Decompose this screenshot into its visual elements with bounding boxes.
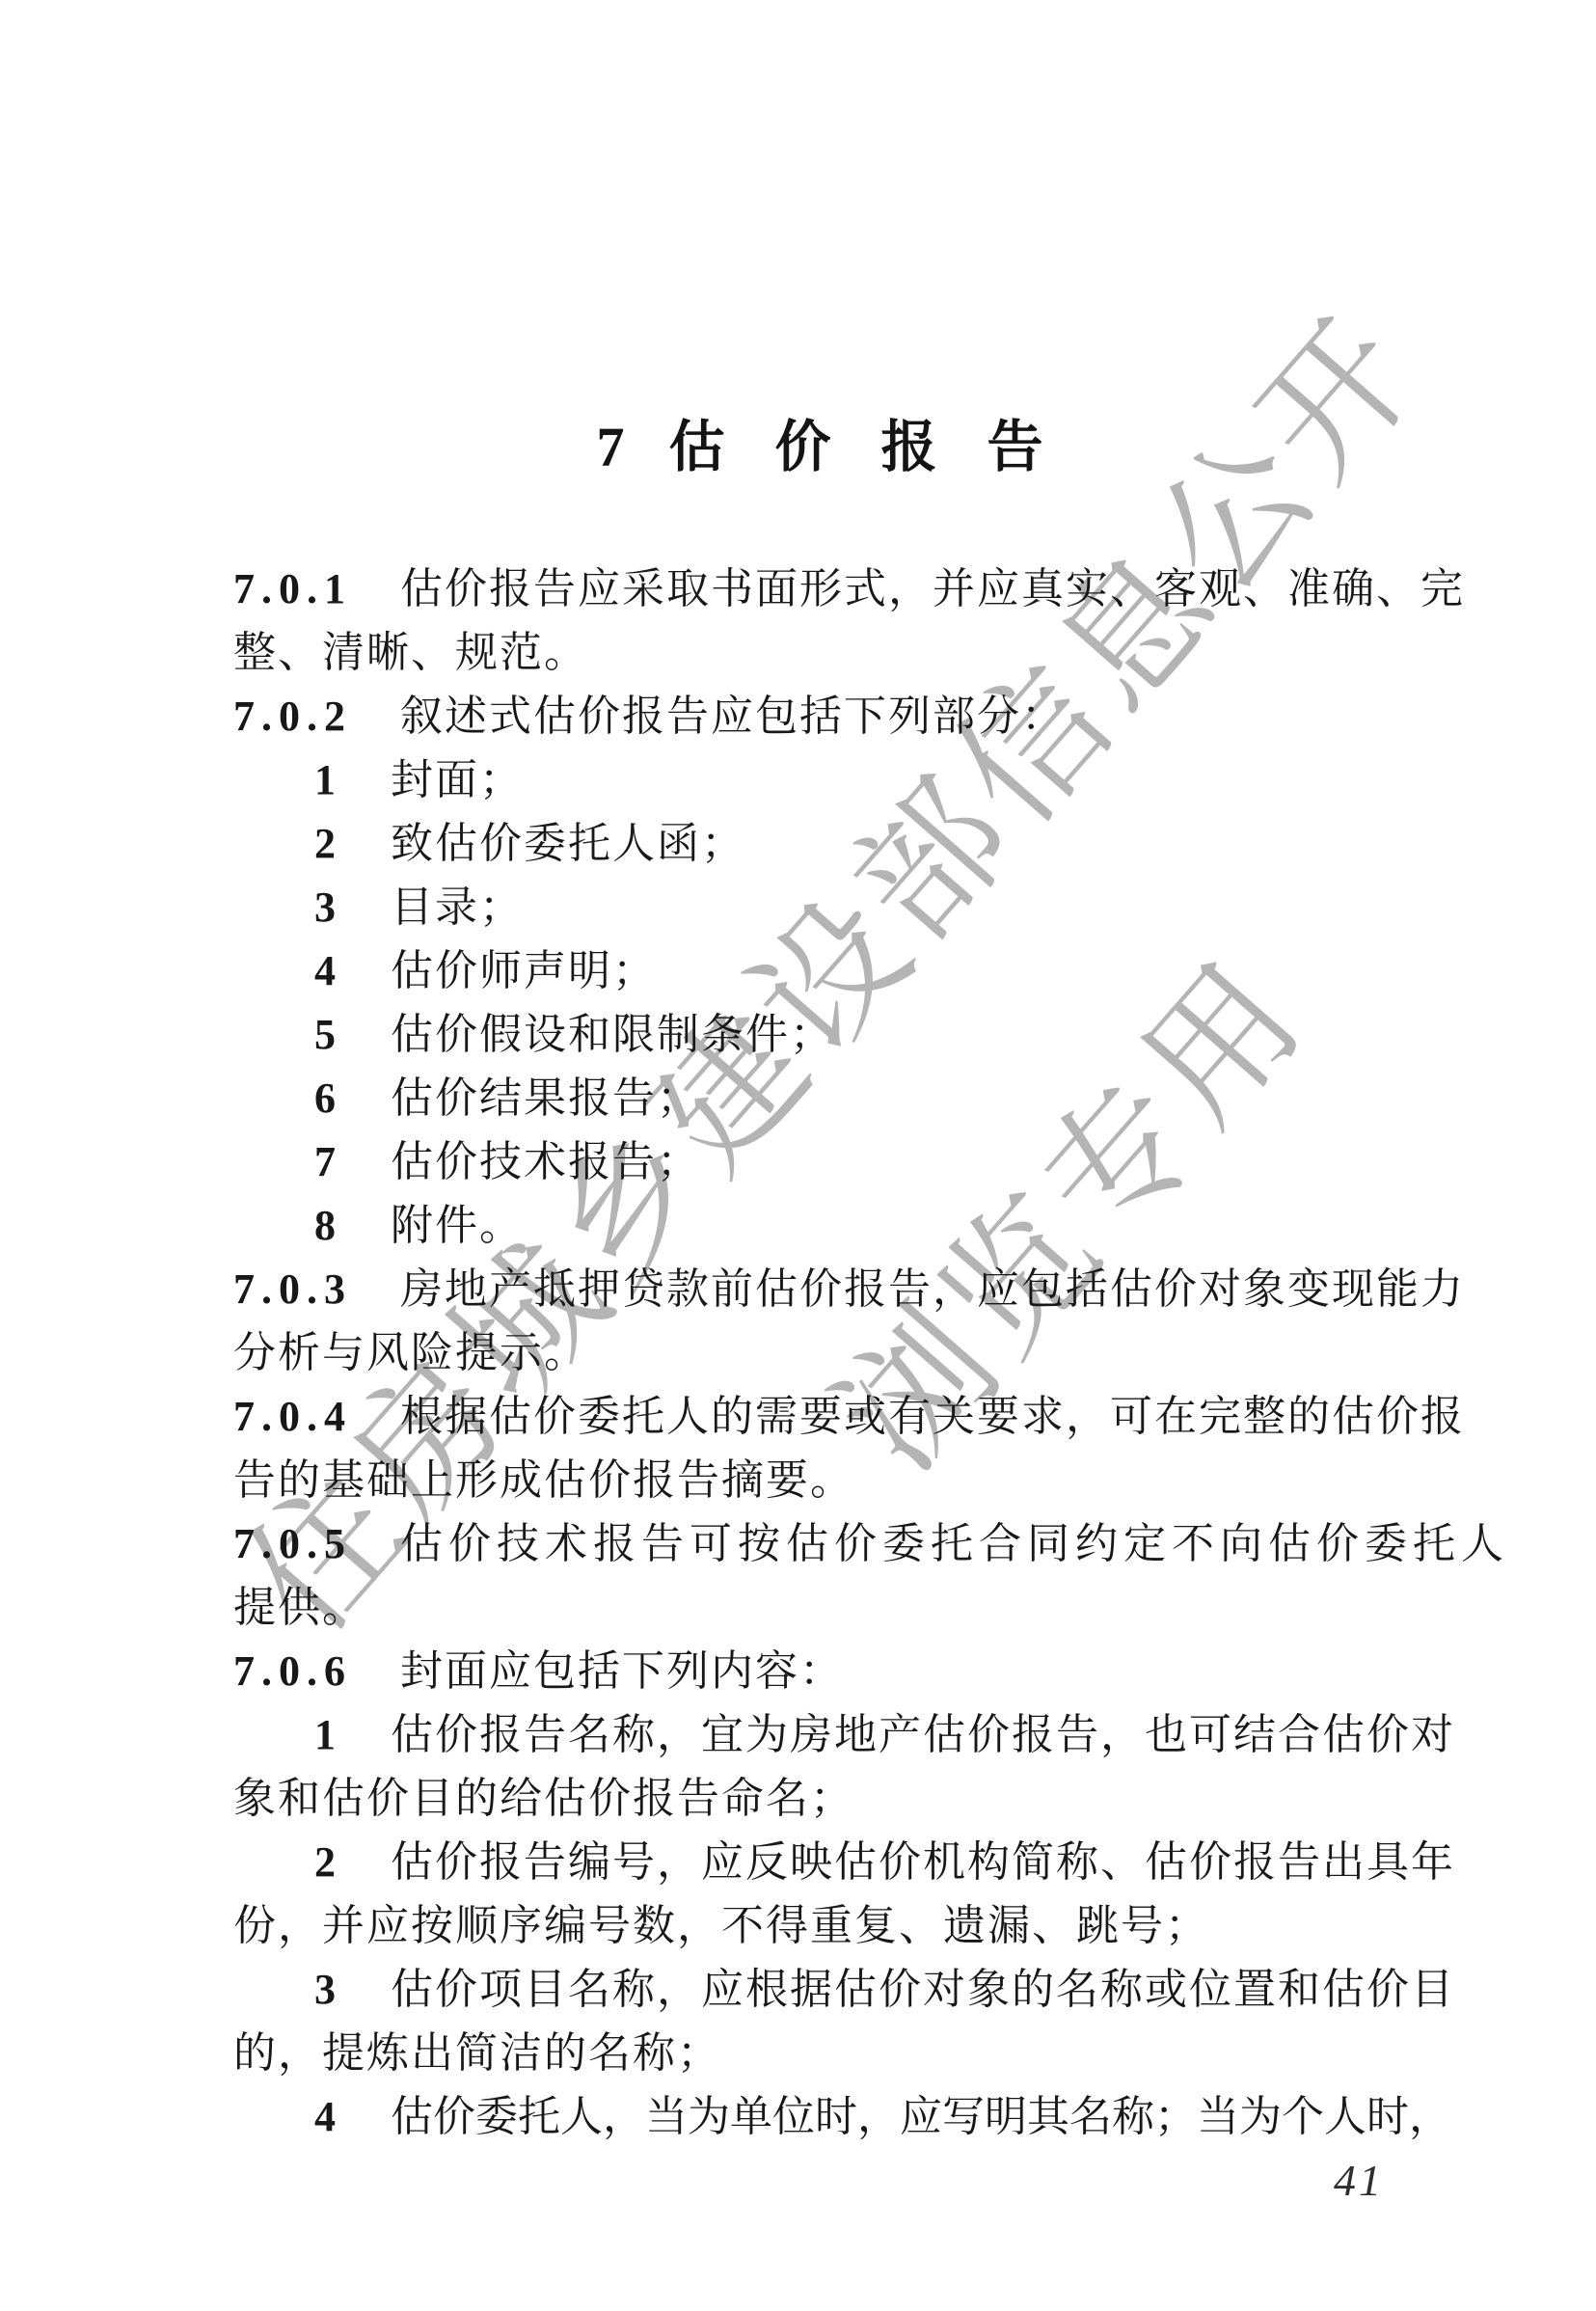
- clause-line: 4估价师声明；: [233, 939, 1456, 1003]
- clause-text: 估价技术报告；: [391, 1138, 701, 1185]
- clause-line: 3目录；: [233, 876, 1456, 939]
- clause-number: 1: [314, 1711, 342, 1758]
- clause-number: 1: [314, 756, 342, 803]
- clause-line: 7.0.2叙述式估价报告应包括下列部分：: [233, 685, 1456, 748]
- clause-continuation-line: 整、清晰、规范。: [233, 621, 1456, 685]
- clause-text: 估价委托人，当为单位时，应写明其名称；当为个人时，: [391, 2093, 1451, 2140]
- clause-line: 8附件。: [233, 1194, 1456, 1258]
- clause-continuation-line: 分析与风险提示。: [233, 1321, 1456, 1385]
- body-text: 7.0.1估价报告应采取书面形式，并应真实、客观、准确、完整、清晰、规范。7.0…: [233, 557, 1456, 2149]
- clause-number: 8: [314, 1202, 342, 1249]
- clause-line: 6估价结果报告；: [233, 1067, 1456, 1130]
- clause-line: 2估价报告编号，应反映估价机构简称、估价报告出具年: [233, 1831, 1456, 1894]
- clause-continuation-line: 份，并应按顺序编号数，不得重复、遗漏、跳号；: [233, 1894, 1456, 1958]
- clause-text: 估价报告编号，应反映估价机构简称、估价报告出具年: [391, 1838, 1455, 1886]
- clause-continuation-line: 的，提炼出简洁的名称；: [233, 2022, 1456, 2085]
- clause-number: 4: [314, 2093, 342, 2140]
- clause-text: 提供。: [233, 1584, 366, 1631]
- clause-text: 房地产抵押贷款前估价报告，应包括估价对象变现能力: [400, 1265, 1465, 1313]
- clause-number: 3: [314, 1966, 342, 2013]
- clause-line: 5估价假设和限制条件；: [233, 1003, 1456, 1067]
- chapter-title-text: 估价报告: [668, 416, 1093, 478]
- clause-number: 7.0.4: [233, 1393, 352, 1440]
- clause-number: 5: [314, 1011, 342, 1058]
- clause-text: 致估价委托人函；: [391, 820, 745, 867]
- clause-line: 1封面；: [233, 748, 1456, 812]
- clause-number: 3: [314, 884, 342, 931]
- clause-text: 象和估价目的给估价报告命名；: [233, 1775, 854, 1822]
- clause-number: 7.0.5: [233, 1520, 352, 1567]
- clause-number: 2: [314, 820, 342, 867]
- clause-continuation-line: 提供。: [233, 1576, 1456, 1640]
- clause-line: 7.0.1估价报告应采取书面形式，并应真实、客观、准确、完: [233, 557, 1456, 621]
- clause-line: 4估价委托人，当为单位时，应写明其名称；当为个人时，: [233, 2085, 1456, 2149]
- clause-text: 整、清晰、规范。: [233, 629, 588, 676]
- clause-text: 估价师声明；: [391, 947, 657, 994]
- document-page: 住房城乡建设部信息公开 浏览专用 7估价报告 7.0.1估价报告应采取书面形式，…: [0, 0, 1596, 2311]
- clause-line: 2致估价委托人函；: [233, 812, 1456, 876]
- clause-text: 估价项目名称，应根据估价对象的名称或位置和估价目: [391, 1966, 1455, 2013]
- chapter-title: 7估价报告: [596, 401, 1042, 482]
- clause-text: 告的基础上形成估价报告摘要。: [233, 1456, 854, 1504]
- clause-text: 封面应包括下列内容：: [400, 1647, 844, 1695]
- clause-line: 7.0.5估价技术报告可按估价委托合同约定不向估价委托人: [233, 1512, 1456, 1576]
- clause-text: 的，提炼出简洁的名称；: [233, 2029, 721, 2077]
- clause-number: 6: [314, 1074, 342, 1122]
- clause-line: 7估价技术报告；: [233, 1130, 1456, 1194]
- clause-line: 1估价报告名称，宜为房地产估价报告，也可结合估价对: [233, 1703, 1456, 1767]
- clause-number: 7.0.6: [233, 1647, 352, 1695]
- clause-text: 估价技术报告可按估价委托合同约定不向估价委托人: [400, 1520, 1509, 1567]
- clause-text: 封面；: [391, 756, 524, 803]
- clause-line: 3估价项目名称，应根据估价对象的名称或位置和估价目: [233, 1958, 1456, 2022]
- clause-text: 根据估价委托人的需要或有关要求，可在完整的估价报: [400, 1393, 1465, 1440]
- clause-number: 7.0.2: [233, 693, 352, 740]
- clause-number: 7.0.1: [233, 565, 352, 612]
- clause-text: 目录；: [391, 884, 524, 931]
- clause-text: 估价报告应采取书面形式，并应真实、客观、准确、完: [400, 565, 1465, 612]
- clause-line: 7.0.6封面应包括下列内容：: [233, 1640, 1456, 1703]
- clause-text: 份，并应按顺序编号数，不得重复、遗漏、跳号；: [233, 1902, 1209, 1949]
- clause-text: 附件。: [391, 1202, 524, 1249]
- page-number: 41: [1334, 2155, 1384, 2206]
- clause-text: 分析与风险提示。: [233, 1329, 588, 1376]
- clause-line: 7.0.3房地产抵押贷款前估价报告，应包括估价对象变现能力: [233, 1258, 1456, 1321]
- clause-number: 4: [314, 947, 342, 994]
- clause-continuation-line: 象和估价目的给估价报告命名；: [233, 1767, 1456, 1831]
- clause-text: 估价假设和限制条件；: [391, 1011, 834, 1058]
- clause-continuation-line: 告的基础上形成估价报告摘要。: [233, 1449, 1456, 1512]
- clause-number: 7.0.3: [233, 1265, 352, 1313]
- clause-text: 估价报告名称，宜为房地产估价报告，也可结合估价对: [391, 1711, 1455, 1758]
- clause-text: 叙述式估价报告应包括下列部分：: [400, 693, 1066, 740]
- clause-number: 2: [314, 1838, 342, 1886]
- clause-number: 7: [314, 1138, 342, 1185]
- clause-line: 7.0.4根据估价委托人的需要或有关要求，可在完整的估价报: [233, 1385, 1456, 1449]
- chapter-number: 7: [596, 415, 624, 479]
- clause-text: 估价结果报告；: [391, 1074, 701, 1122]
